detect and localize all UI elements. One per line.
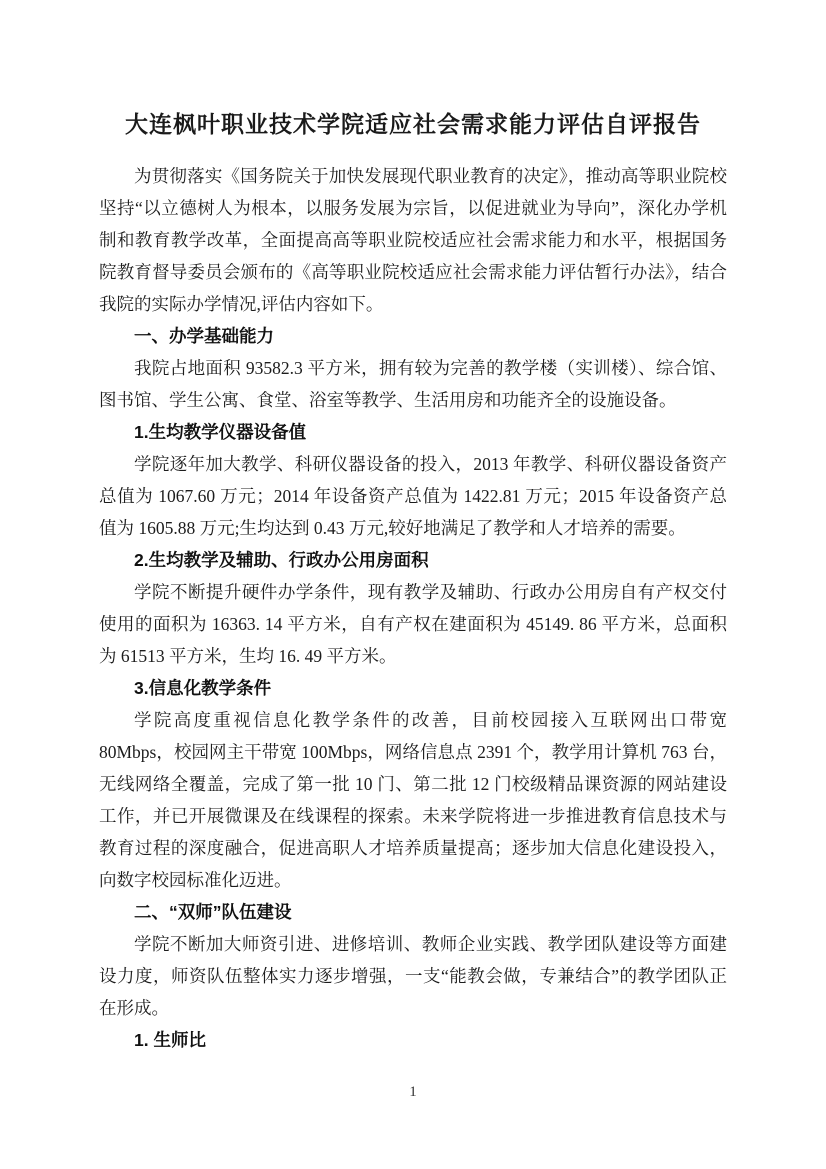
document-title: 大连枫叶职业技术学院适应社会需求能力评估自评报告 [99, 106, 727, 142]
heading-section-1-basic-capacity: 一、办学基础能力 [99, 320, 727, 352]
heading-building-area: 2.生均教学及辅助、行政办公用房面积 [99, 544, 727, 576]
paragraph-faculty: 学院不断加大师资引进、进修培训、教师企业实践、教学团队建设等方面建设力度，师资队… [99, 928, 727, 1024]
paragraph-it-conditions: 学院高度重视信息化教学条件的改善，目前校园接入互联网出口带宽 80Mbps，校园… [99, 704, 727, 896]
paragraph-campus-area: 我院占地面积 93582.3 平方米，拥有较为完善的教学楼（实训楼）、综合馆、图… [99, 352, 727, 416]
heading-student-teacher-ratio: 1. 生师比 [99, 1024, 727, 1056]
heading-section-2-faculty: 二、“双师”队伍建设 [99, 896, 727, 928]
paragraph-building-area: 学院不断提升硬件办学条件，现有教学及辅助、行政办公用房自有产权交付使用的面积为 … [99, 576, 727, 672]
paragraph-intro: 为贯彻落实《国务院关于加快发展现代职业教育的决定》，推动高等职业院校坚持“以立德… [99, 160, 727, 320]
page-number: 1 [0, 1082, 826, 1102]
document-page: 大连枫叶职业技术学院适应社会需求能力评估自评报告 为贯彻落实《国务院关于加快发展… [0, 0, 826, 1169]
heading-equipment-value: 1.生均教学仪器设备值 [99, 416, 727, 448]
heading-it-conditions: 3.信息化教学条件 [99, 672, 727, 704]
paragraph-equipment-value: 学院逐年加大教学、科研仪器设备的投入，2013 年教学、科研仪器设备资产总值为 … [99, 448, 727, 544]
